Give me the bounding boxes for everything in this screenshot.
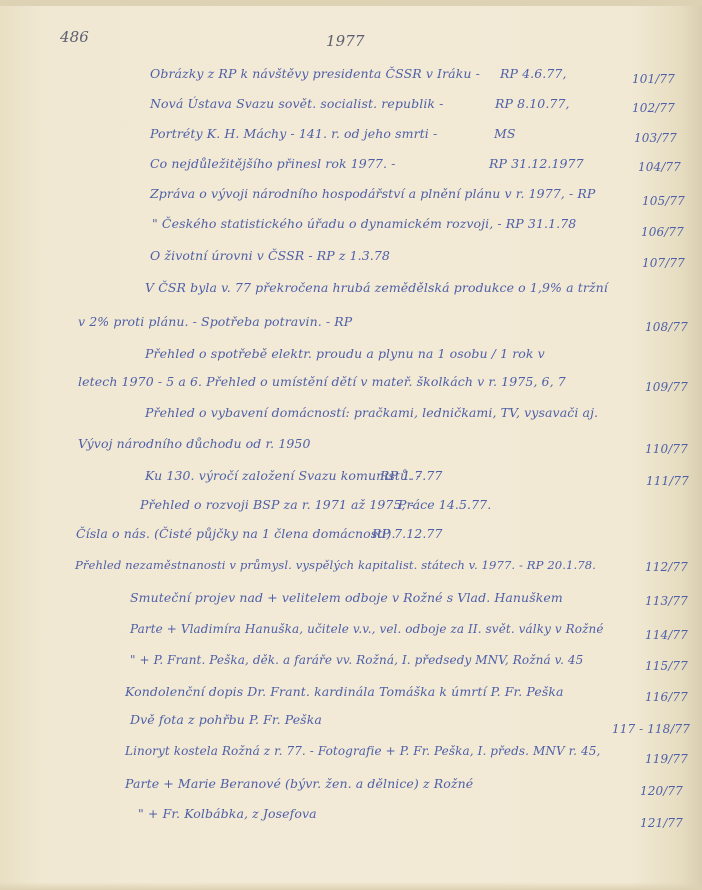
document-page: 486 1977 Obrázky z RP k návštěvy preside…	[0, 0, 702, 890]
entry-text: Smuteční projev nad + velitelem odboje v…	[130, 590, 563, 605]
entry-text: Vývoj národního důchodu od r. 1950	[78, 436, 311, 451]
entry-ref: 115/77	[645, 659, 688, 673]
entry-source: RP 7.12.77	[372, 526, 443, 541]
entry-text: Nová Ústava Svazu sovět. socialist. repu…	[150, 96, 444, 111]
entry-ref: 102/77	[632, 101, 675, 115]
entry-text: Linoryt kostela Rožná z r. 77. - Fotogra…	[125, 744, 600, 758]
entry-source: Práce 14.5.77.	[398, 497, 491, 512]
entry-text: Parte + Vladimíra Hanuška, učitele v.v.,…	[130, 622, 604, 636]
entry-text: Zpráva o vývoji národního hospodářství a…	[150, 186, 595, 201]
entry-ref: 107/77	[642, 256, 685, 270]
entry-ref: 106/77	[641, 225, 684, 239]
entry-ref: 103/77	[634, 131, 677, 145]
entry-ref: 112/77	[645, 560, 688, 574]
entry-ref: 110/77	[645, 442, 688, 456]
entry-text: Portréty K. H. Máchy - 141. r. od jeho s…	[150, 126, 437, 141]
entry-ref: 109/77	[645, 380, 688, 394]
entry-text: " Českého statistického úřadu o dynamick…	[152, 216, 576, 231]
entry-source: RP 4.6.77,	[500, 66, 567, 81]
entry-ref: 113/77	[645, 594, 688, 608]
entry-ref: 104/77	[638, 160, 681, 174]
entry-ref: 119/77	[645, 752, 688, 766]
entry-ref: 116/77	[645, 690, 688, 704]
entry-text: Kondolenční dopis Dr. Frant. kardinála T…	[125, 684, 564, 699]
entry-ref: 117 - 118/77	[612, 722, 690, 736]
entry-text: O životní úrovni v ČSSR - RP z 1.3.78	[150, 248, 390, 263]
entry-ref: 114/77	[645, 628, 688, 642]
entry-text: Obrázky z RP k návštěvy presidenta ČSSR …	[150, 66, 480, 81]
entry-text: Čísla o nás. (Čisté půjčky na 1 člena do…	[76, 526, 396, 541]
entry-source: RP 8.10.77,	[495, 96, 570, 111]
entry-text: Přehled o vybavení domácností: pračkami,…	[145, 405, 598, 420]
entry-text: Dvě fota z pohřbu P. Fr. Peška	[130, 712, 322, 727]
entry-source: MS	[494, 126, 516, 141]
entry-text: Přehled nezaměstnanosti v průmysl. vyspě…	[75, 558, 596, 572]
entry-ref: 105/77	[642, 194, 685, 208]
entry-text: v 2% proti plánu. - Spotřeba potravin. -…	[78, 314, 352, 329]
year-heading: 1977	[326, 32, 365, 50]
entry-ref: 108/77	[645, 320, 688, 334]
entry-text: " + Fr. Kolbábka, z Josefova	[138, 806, 317, 821]
entry-ref: 101/77	[632, 72, 675, 86]
entry-text: Přehled o rozvoji BSP za r. 1971 až 1975…	[140, 497, 414, 512]
page-number: 486	[60, 28, 89, 46]
entry-source: RP 31.12.1977	[489, 156, 584, 171]
entry-text: Přehled o spotřebě elektr. proudu a plyn…	[145, 346, 545, 361]
entry-ref: 120/77	[640, 784, 683, 798]
entry-text: Co nejdůležitějšího přinesl rok 1977. -	[150, 156, 395, 171]
entry-text: letech 1970 - 5 a 6. Přehled o umístění …	[78, 374, 566, 389]
entry-ref: 111/77	[646, 474, 689, 488]
entry-ref: 121/77	[640, 816, 683, 830]
entry-source: RP 1.7.77	[380, 468, 442, 483]
entry-text: Parte + Marie Beranové (bývr. žen. a děl…	[125, 776, 473, 791]
entry-text: V ČSR byla v. 77 překročena hrubá zemědě…	[145, 280, 608, 295]
entry-text: " + P. Frant. Peška, děk. a faráře vv. R…	[130, 653, 583, 667]
